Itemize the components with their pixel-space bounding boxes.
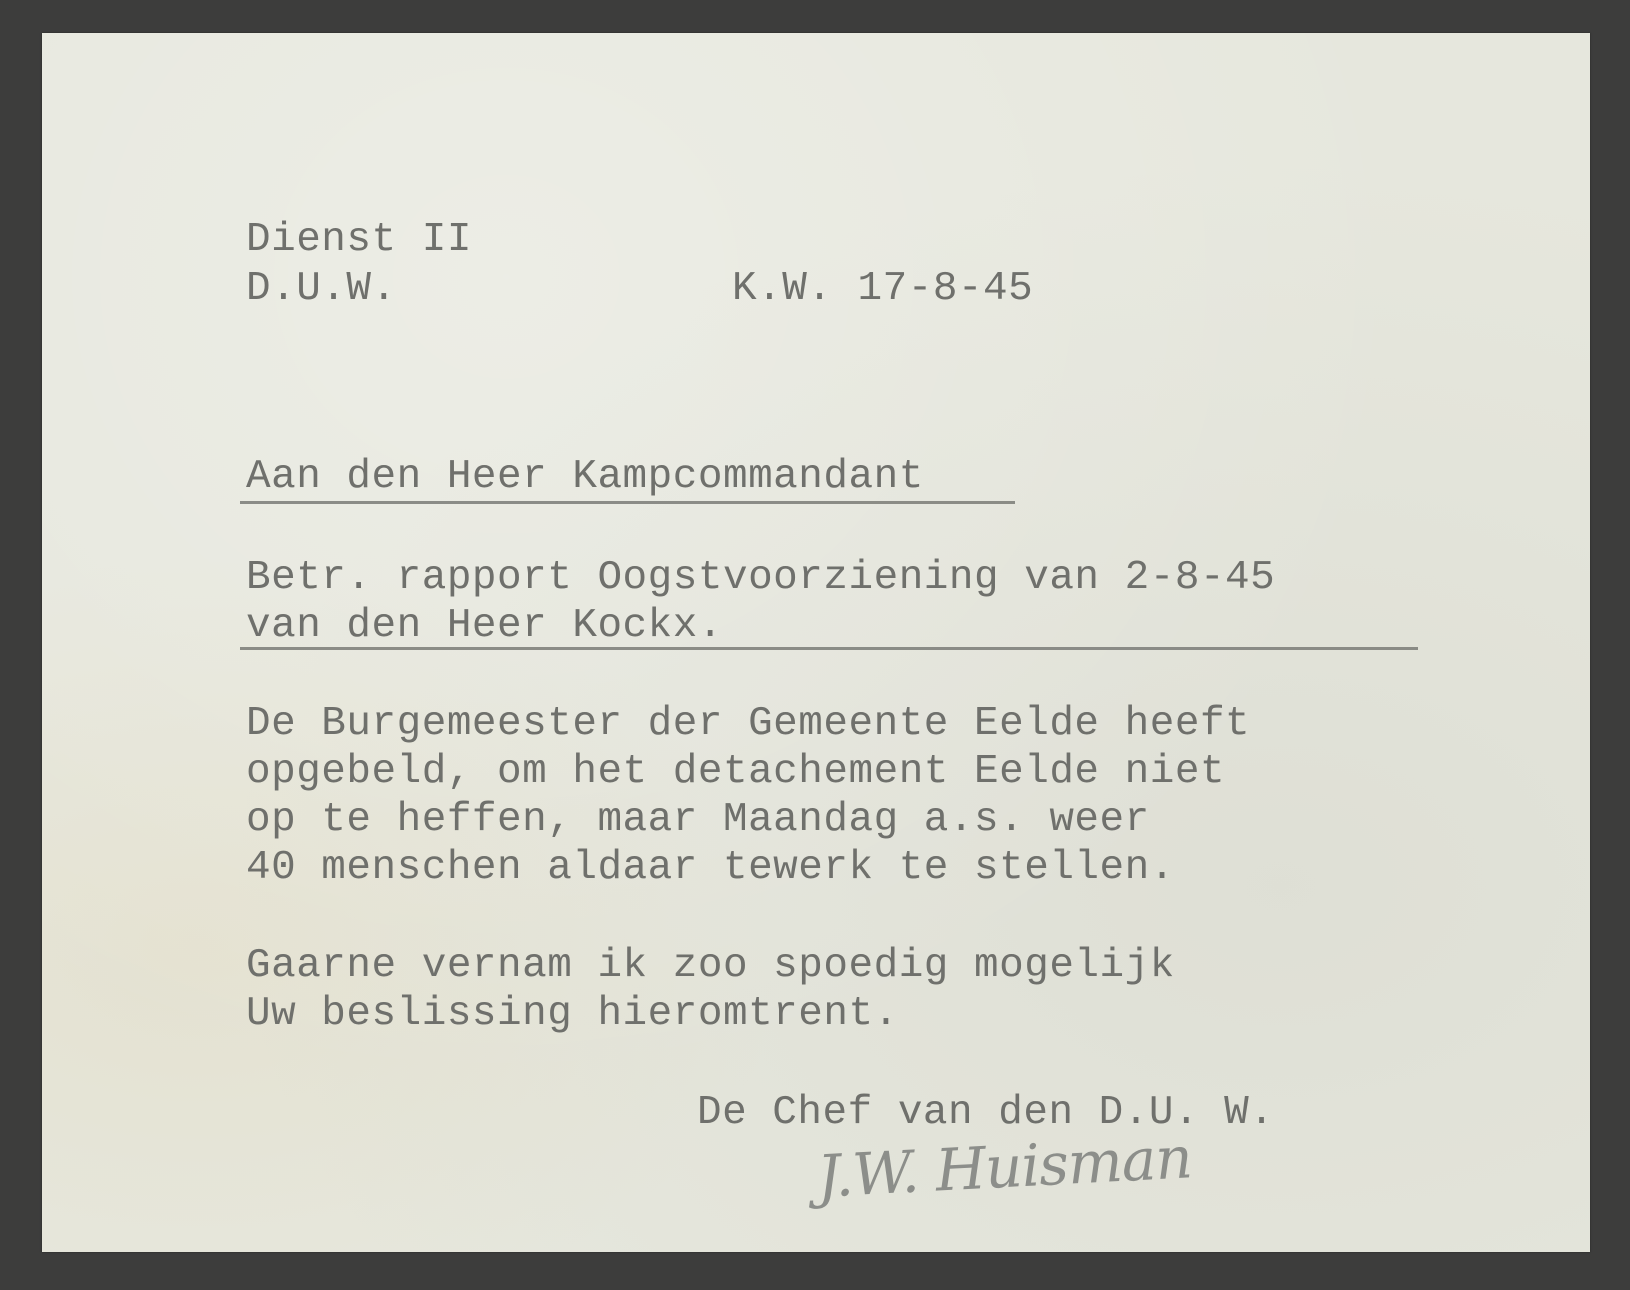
unit-label: D.U.W. xyxy=(246,269,397,310)
subject-line-2: van den Heer Kockx. xyxy=(246,606,723,647)
body-line-2: opgebeld, om het detachement Eelde niet xyxy=(246,752,1225,793)
body-line-5: Gaarne vernam ik zoo spoedig mogelijk xyxy=(246,946,1175,987)
body-line-3: op te heffen, maar Maandag a.s. weer xyxy=(246,800,1150,841)
department-label: Dienst II xyxy=(246,220,472,261)
body-line-4: 40 menschen aldaar tewerk te stellen. xyxy=(246,848,1175,889)
addressee: Aan den Heer Kampcommandant xyxy=(246,457,924,498)
handwritten-signature: J.W. Huisman xyxy=(815,1123,1193,1211)
body-line-1: De Burgemeester der Gemeente Eelde heeft xyxy=(246,704,1250,745)
subject-underline xyxy=(240,647,1418,650)
body-line-6: Uw beslissing hieromtrent. xyxy=(246,994,899,1035)
subject-line-1: Betr. rapport Oogstvoorziening van 2-8-4… xyxy=(246,558,1275,599)
addressee-underline xyxy=(240,501,1015,504)
reference-date: K.W. 17-8-45 xyxy=(732,269,1033,310)
typed-letter-page: Dienst II D.U.W. K.W. 17-8-45 Aan den He… xyxy=(42,33,1590,1252)
